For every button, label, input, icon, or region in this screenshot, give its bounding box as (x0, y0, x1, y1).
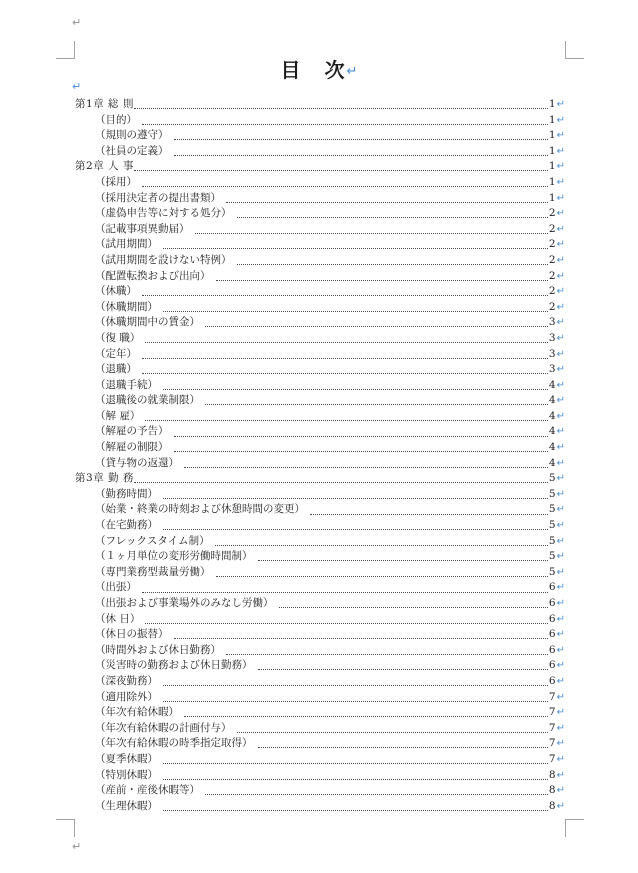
toc-entry[interactable]: （復 職） 3 ↵ (75, 331, 565, 347)
toc-entry-page-number: 6 (548, 596, 556, 612)
toc-entry-page-number: 7 (548, 752, 556, 768)
toc-entry-page-number: 6 (548, 580, 556, 596)
toc-entry-page-number: 5 (548, 502, 556, 518)
dot-leader (216, 280, 548, 281)
line-return-mark-icon: ↵ (556, 315, 565, 331)
toc-entry-label: 第1章 総 則 (75, 97, 134, 113)
line-return-mark-icon: ↵ (556, 253, 565, 269)
line-return-mark-icon: ↵ (556, 237, 565, 253)
toc-entry-label: （試用期間を設けない特例） (95, 253, 237, 269)
toc-entry-label: （採用） (95, 175, 142, 191)
line-return-mark-icon: ↵ (556, 690, 565, 706)
toc-entry-page-number: 8 (548, 783, 556, 799)
toc-entry[interactable]: （定年） 3 ↵ (75, 347, 565, 363)
toc-entry-page-number: 8 (548, 799, 556, 815)
toc-entry-label: （１ヶ月単位の変形労働時間制） (95, 549, 258, 565)
line-return-mark-icon: ↵ (556, 113, 565, 129)
line-return-mark-icon: ↵ (556, 456, 565, 472)
toc-entry[interactable]: 第1章 総 則 1 ↵ (75, 97, 565, 113)
toc-entry-page-number: 1 (548, 175, 556, 191)
toc-entry-page-number: 4 (548, 409, 556, 425)
toc-entry-page-number: 6 (548, 643, 556, 659)
toc-entry-label: （休日の振替） (95, 627, 174, 643)
dot-leader (163, 685, 548, 686)
toc-entry-page-number: 4 (548, 424, 556, 440)
text-boundary-mark-bottom-right (565, 819, 584, 837)
line-return-mark-icon: ↵ (556, 269, 565, 285)
toc-entry-page-number: 1 (548, 144, 556, 160)
toc-entry[interactable]: （試用期間） 2 ↵ (75, 237, 565, 253)
toc-entry-label: （採用決定者の提出書類） (95, 191, 226, 207)
toc-entry-page-number: 6 (548, 658, 556, 674)
dot-leader (134, 170, 548, 171)
text-boundary-mark-bottom-left (56, 819, 75, 837)
line-return-mark-icon: ↵ (556, 409, 565, 425)
dot-leader (163, 498, 548, 499)
toc-entry-label: （産前・産後休暇等） (95, 783, 205, 799)
toc-entry-label: （休職） (95, 284, 142, 300)
toc-entry-label: （定年） (95, 347, 142, 363)
line-return-mark-icon: ↵ (556, 799, 565, 815)
toc-entry-page-number: 1 (548, 113, 556, 129)
toc-entry-page-number: 5 (548, 534, 556, 550)
page-title-text: 目 次 (281, 58, 347, 82)
toc-entry[interactable]: （出張） 6 ↵ (75, 580, 565, 596)
toc-entry-label: （解 雇） (95, 409, 145, 425)
line-return-mark-icon: ↵ (556, 424, 565, 440)
title-return-mark-icon: ↵ (347, 64, 358, 79)
toc-entry[interactable]: 第3章 勤 務 5 ↵ (75, 471, 565, 487)
line-return-mark-icon: ↵ (556, 596, 565, 612)
toc-entry[interactable]: （適用除外） 7 ↵ (75, 690, 565, 706)
toc-entry-page-number: 4 (548, 456, 556, 472)
toc-entry[interactable]: （フレックスタイム制） 5 ↵ (75, 534, 565, 550)
toc-entry-label: （試用期間） (95, 237, 163, 253)
dot-leader (163, 779, 548, 780)
dot-leader (237, 217, 548, 218)
dot-leader (174, 638, 548, 639)
toc-entry-label: （生理休暇） (95, 799, 163, 815)
toc-entry[interactable]: （目的） 1 ↵ (75, 113, 565, 129)
line-return-mark-icon: ↵ (556, 128, 565, 144)
toc-entry[interactable]: （虚偽申告等に対する処分） 2 ↵ (75, 206, 565, 222)
toc-entry-page-number: 3 (548, 315, 556, 331)
toc-entry[interactable]: （規則の遵守） 1 ↵ (75, 128, 565, 144)
toc-entry[interactable]: （時間外および休日勤務） 6 ↵ (75, 643, 565, 659)
toc-entry-page-number: 1 (548, 191, 556, 207)
dot-leader (142, 358, 548, 359)
toc-entry-label: （配置転換および出向） (95, 269, 216, 285)
toc-entry-page-number: 6 (548, 612, 556, 628)
toc-entry-label: （深夜勤務） (95, 674, 163, 690)
line-return-mark-icon: ↵ (556, 752, 565, 768)
line-return-mark-icon: ↵ (556, 783, 565, 799)
dot-leader (142, 592, 548, 593)
toc-entry[interactable]: （解雇の制限） 4 ↵ (75, 440, 565, 456)
toc-entry[interactable]: （退職） 3 ↵ (75, 362, 565, 378)
toc-entry-label: （解雇の予告） (95, 424, 174, 440)
toc-entry-page-number: 3 (548, 331, 556, 347)
toc-entry-label: （退職） (95, 362, 142, 378)
toc-entry-page-number: 5 (548, 487, 556, 503)
toc-entry-label: （出張） (95, 580, 142, 596)
line-return-mark-icon: ↵ (556, 191, 565, 207)
toc-entry-label: （復 職） (95, 331, 145, 347)
line-return-mark-icon: ↵ (556, 206, 565, 222)
toc-entry-label: （退職手続） (95, 378, 163, 394)
line-return-mark-icon: ↵ (556, 144, 565, 160)
dot-leader (163, 810, 548, 811)
dot-leader (184, 716, 548, 717)
toc-entry[interactable]: （休職期間中の賃金） 3 ↵ (75, 315, 565, 331)
line-return-mark-icon: ↵ (556, 549, 565, 565)
dot-leader (258, 747, 548, 748)
toc-entry-page-number: 3 (548, 362, 556, 378)
dot-leader (195, 233, 548, 234)
toc-entry-label: 第3章 勤 務 (75, 471, 134, 487)
toc-entry-page-number: 7 (548, 690, 556, 706)
toc-entry[interactable]: （解雇の予告） 4 ↵ (75, 424, 565, 440)
dot-leader (134, 482, 548, 483)
toc-entry[interactable]: （解 雇） 4 ↵ (75, 409, 565, 425)
toc-entry-page-number: 6 (548, 627, 556, 643)
line-return-mark-icon: ↵ (556, 643, 565, 659)
toc-entry[interactable]: （在宅勤務） 5 ↵ (75, 518, 565, 534)
dot-leader (134, 108, 548, 109)
toc-entry-label: （規則の遵守） (95, 128, 174, 144)
toc-entry[interactable]: （配置転換および出向） 2 ↵ (75, 269, 565, 285)
line-return-mark-icon: ↵ (556, 471, 565, 487)
toc-entry-label: （出張および事業場外のみなし労働） (95, 596, 279, 612)
toc-entry[interactable]: （出張および事業場外のみなし労働） 6 ↵ (75, 596, 565, 612)
toc-entry[interactable]: （採用） 1 ↵ (75, 175, 565, 191)
toc-entry-page-number: 4 (548, 378, 556, 394)
dot-leader (163, 529, 548, 530)
dot-leader (142, 373, 548, 374)
toc-entry[interactable]: （休日の振替） 6 ↵ (75, 627, 565, 643)
dot-leader (174, 436, 548, 437)
toc-entry-page-number: 2 (548, 284, 556, 300)
toc-entry[interactable]: （休職期間） 2 ↵ (75, 300, 565, 316)
dot-leader (216, 576, 548, 577)
toc-entry-page-number: 5 (548, 471, 556, 487)
line-return-mark-icon: ↵ (556, 284, 565, 300)
dot-leader (145, 342, 548, 343)
toc-entry[interactable]: （休 日） 6 ↵ (75, 612, 565, 628)
toc-entry-page-number: 2 (548, 222, 556, 238)
table-of-contents: 第1章 総 則 1 ↵ （目的） 1 ↵ （規則の遵守） 1 ↵ （社員の定義） (75, 97, 565, 814)
dot-leader (237, 264, 548, 265)
line-return-mark-icon: ↵ (556, 378, 565, 394)
toc-entry-label: （虚偽申告等に対する処分） (95, 206, 237, 222)
dot-leader (279, 607, 548, 608)
toc-entry-label: （在宅勤務） (95, 518, 163, 534)
toc-entry-page-number: 2 (548, 237, 556, 253)
page-title[interactable]: 目 次↵ (0, 54, 638, 83)
dot-leader (174, 451, 548, 452)
line-return-mark-icon: ↵ (556, 658, 565, 674)
dot-leader (142, 295, 548, 296)
toc-entry[interactable]: （休職） 2 ↵ (75, 284, 565, 300)
toc-entry-label: （貸与物の返還） (95, 456, 184, 472)
dot-leader (226, 654, 548, 655)
dot-leader (174, 139, 548, 140)
line-return-mark-icon: ↵ (556, 736, 565, 752)
dot-leader (258, 560, 548, 561)
line-return-mark-icon: ↵ (556, 565, 565, 581)
dot-leader (145, 420, 548, 421)
dot-leader (184, 467, 548, 468)
toc-entry[interactable]: （勤務時間） 5 ↵ (75, 487, 565, 503)
toc-entry[interactable]: （試用期間を設けない特例） 2 ↵ (75, 253, 565, 269)
line-return-mark-icon: ↵ (556, 768, 565, 784)
toc-entry[interactable]: （記載事項異動届） 2 ↵ (75, 222, 565, 238)
dot-leader (226, 202, 548, 203)
dot-leader (205, 794, 548, 795)
toc-entry-label: （勤務時間） (95, 487, 163, 503)
toc-entry[interactable]: （年次有給休暇の計画付与） 7 ↵ (75, 721, 565, 737)
toc-entry-label: （年次有給休暇の計画付与） (95, 721, 237, 737)
toc-entry-label: （適用除外） (95, 690, 163, 706)
dot-leader (258, 669, 548, 670)
footer-return-mark-icon: ↵ (72, 840, 81, 853)
line-return-mark-icon: ↵ (556, 502, 565, 518)
line-return-mark-icon: ↵ (556, 97, 565, 113)
toc-entry-page-number: 1 (548, 97, 556, 113)
toc-entry-page-number: 1 (548, 128, 556, 144)
line-return-mark-icon: ↵ (556, 612, 565, 628)
toc-entry[interactable]: （年次有給休暇の時季指定取得） 7 ↵ (75, 736, 565, 752)
toc-entry-label: （目的） (95, 113, 142, 129)
toc-entry[interactable]: （社員の定義） 1 ↵ (75, 144, 565, 160)
toc-entry[interactable]: （特別休暇） 8 ↵ (75, 768, 565, 784)
toc-entry[interactable]: （深夜勤務） 6 ↵ (75, 674, 565, 690)
empty-line-return-mark-icon: ↵ (72, 80, 81, 93)
line-return-mark-icon: ↵ (556, 222, 565, 238)
toc-entry-page-number: 6 (548, 674, 556, 690)
line-return-mark-icon: ↵ (556, 159, 565, 175)
toc-entry-label: （専門業務型裁量労働） (95, 565, 216, 581)
toc-entry-page-number: 7 (548, 705, 556, 721)
toc-entry-label: （年次有給休暇の時季指定取得） (95, 736, 258, 752)
line-return-mark-icon: ↵ (556, 580, 565, 596)
toc-entry[interactable]: （災害時の勤務および休日勤務） 6 ↵ (75, 658, 565, 674)
toc-entry-page-number: 2 (548, 206, 556, 222)
dot-leader (215, 545, 548, 546)
toc-entry[interactable]: 第2章 人 事 1 ↵ (75, 159, 565, 175)
line-return-mark-icon: ↵ (556, 393, 565, 409)
toc-entry-page-number: 5 (548, 565, 556, 581)
toc-entry-label: （始業・終業の時刻および休憩時間の変更） (95, 502, 310, 518)
toc-entry[interactable]: （１ヶ月単位の変形労働時間制） 5 ↵ (75, 549, 565, 565)
toc-entry-page-number: 3 (548, 347, 556, 363)
line-return-mark-icon: ↵ (556, 331, 565, 347)
dot-leader (205, 326, 548, 327)
toc-entry-page-number: 4 (548, 393, 556, 409)
dot-leader (163, 248, 548, 249)
dot-leader (142, 186, 548, 187)
toc-entry[interactable]: （退職後の就業制限） 4 ↵ (75, 393, 565, 409)
dot-leader (145, 623, 548, 624)
dot-leader (163, 701, 548, 702)
line-return-mark-icon: ↵ (556, 347, 565, 363)
toc-entry[interactable]: （始業・終業の時刻および休憩時間の変更） 5 ↵ (75, 502, 565, 518)
line-return-mark-icon: ↵ (556, 705, 565, 721)
toc-entry-label: （休 日） (95, 612, 145, 628)
toc-entry[interactable]: （産前・産後休暇等） 8 ↵ (75, 783, 565, 799)
toc-entry[interactable]: （専門業務型裁量労働） 5 ↵ (75, 565, 565, 581)
dot-leader (163, 763, 548, 764)
line-return-mark-icon: ↵ (556, 362, 565, 378)
toc-entry-page-number: 2 (548, 253, 556, 269)
toc-entry-label: （休職期間） (95, 300, 163, 316)
dot-leader (163, 311, 548, 312)
toc-entry[interactable]: （年次有給休暇） 7 ↵ (75, 705, 565, 721)
line-return-mark-icon: ↵ (556, 534, 565, 550)
toc-entry-page-number: 8 (548, 768, 556, 784)
toc-entry-page-number: 5 (548, 518, 556, 534)
toc-entry-page-number: 2 (548, 300, 556, 316)
toc-entry[interactable]: （貸与物の返還） 4 ↵ (75, 456, 565, 472)
toc-entry[interactable]: （採用決定者の提出書類） 1 ↵ (75, 191, 565, 207)
dot-leader (142, 124, 548, 125)
toc-entry-page-number: 1 (548, 159, 556, 175)
toc-entry[interactable]: （夏季休暇） 7 ↵ (75, 752, 565, 768)
toc-entry-label: （解雇の制限） (95, 440, 174, 456)
toc-entry-page-number: 4 (548, 440, 556, 456)
line-return-mark-icon: ↵ (556, 518, 565, 534)
toc-entry[interactable]: （生理休暇） 8 ↵ (75, 799, 565, 815)
line-return-mark-icon: ↵ (556, 175, 565, 191)
toc-entry-label: （フレックスタイム制） (95, 534, 215, 550)
dot-leader (163, 389, 548, 390)
line-return-mark-icon: ↵ (556, 627, 565, 643)
toc-entry-label: （年次有給休暇） (95, 705, 184, 721)
toc-entry-label: （災害時の勤務および休日勤務） (95, 658, 258, 674)
toc-entry-page-number: 7 (548, 736, 556, 752)
header-return-mark-icon: ↵ (72, 16, 81, 29)
toc-entry-page-number: 7 (548, 721, 556, 737)
toc-entry-label: （休職期間中の賃金） (95, 315, 205, 331)
document-page[interactable]: ↵ 目 次↵ ↵ 第1章 総 則 1 ↵ （目的） 1 ↵ （規則の遵守） (0, 0, 638, 873)
toc-entry-label: （時間外および休日勤務） (95, 643, 226, 659)
toc-entry-page-number: 5 (548, 549, 556, 565)
dot-leader (205, 404, 548, 405)
line-return-mark-icon: ↵ (556, 440, 565, 456)
line-return-mark-icon: ↵ (556, 721, 565, 737)
toc-entry-label: （特別休暇） (95, 768, 163, 784)
dot-leader (174, 155, 548, 156)
toc-entry-label: （退職後の就業制限） (95, 393, 205, 409)
line-return-mark-icon: ↵ (556, 674, 565, 690)
toc-entry-label: （夏季休暇） (95, 752, 163, 768)
dot-leader (237, 732, 548, 733)
dot-leader (310, 514, 548, 515)
toc-entry-label: （社員の定義） (95, 144, 174, 160)
line-return-mark-icon: ↵ (556, 300, 565, 316)
toc-entry-label: （記載事項異動届） (95, 222, 195, 238)
toc-entry-page-number: 2 (548, 269, 556, 285)
line-return-mark-icon: ↵ (556, 487, 565, 503)
toc-entry[interactable]: （退職手続） 4 ↵ (75, 378, 565, 394)
toc-entry-label: 第2章 人 事 (75, 159, 134, 175)
